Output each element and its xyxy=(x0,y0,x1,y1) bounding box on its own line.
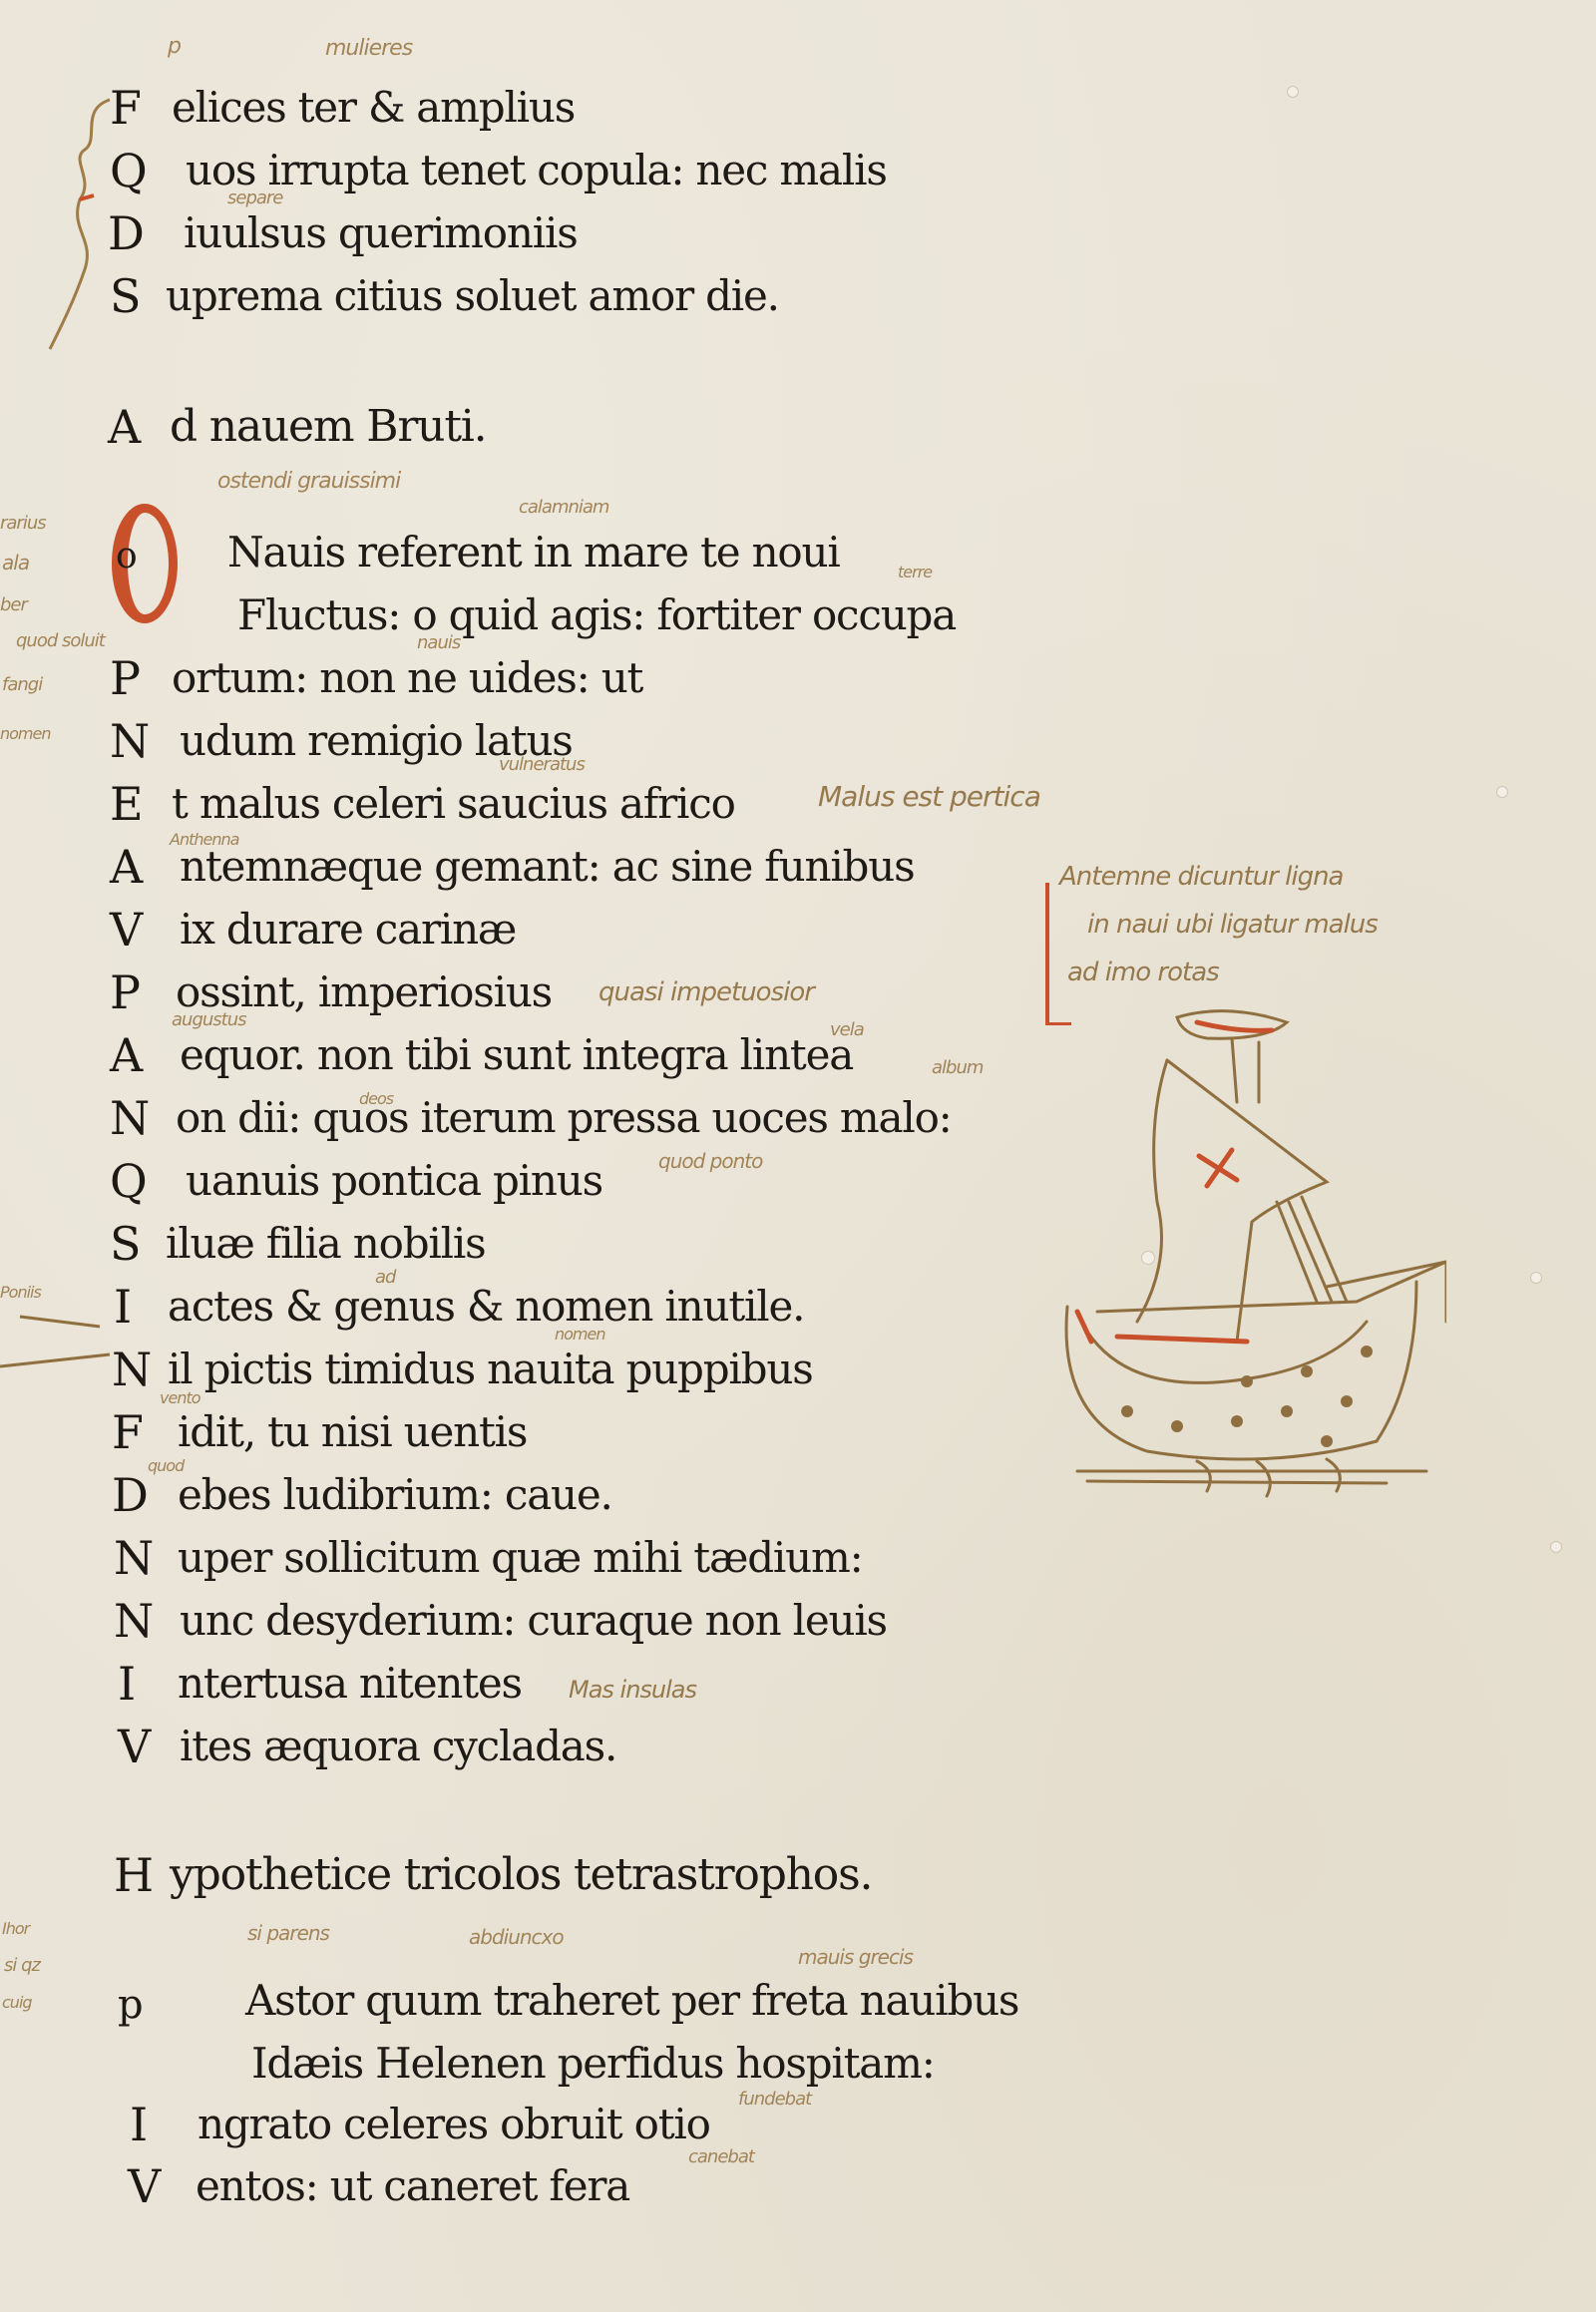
annotation: Ihor xyxy=(2,1919,29,1938)
line-text: ix durare carinæ xyxy=(180,900,516,960)
line-initial: S xyxy=(110,1214,142,1274)
title-initial: A xyxy=(108,397,141,457)
annotation: terre xyxy=(898,563,932,581)
annotation: Anthenna xyxy=(170,830,238,849)
paper-hole xyxy=(1496,786,1508,798)
annotation: rarius xyxy=(0,513,46,534)
line-initial: E xyxy=(110,774,144,834)
book-page: F elices ter & amplius Q uos irrupta ten… xyxy=(0,0,1596,2312)
annotation: fundebat xyxy=(738,2089,811,2110)
line-initial: A xyxy=(110,1025,143,1085)
annotation: calamniam xyxy=(519,497,608,518)
annotation: ad xyxy=(375,1267,395,1288)
line-text: ntertusa nitentes xyxy=(178,1654,522,1714)
line-text: uprema citius soluet amor die. xyxy=(166,266,779,326)
line-initial: V xyxy=(128,2156,161,2216)
annotation: quod soluit xyxy=(16,630,105,651)
annotation: p xyxy=(168,34,181,59)
line-initial: P xyxy=(110,648,141,708)
line-initial: V xyxy=(118,1717,151,1776)
line-text: equor. non tibi sunt integra lintea xyxy=(180,1025,853,1085)
guide-letter: p xyxy=(118,1975,144,2035)
line-text: Idæis Helenen perfidus hospitam: xyxy=(251,2034,935,2094)
line-text: ortum: non ne uides: ut xyxy=(172,648,642,708)
line-initial: I xyxy=(118,1654,136,1714)
line-text: uanuis pontica pinus xyxy=(186,1151,602,1211)
annotation: deos xyxy=(359,1089,393,1108)
line-initial: D xyxy=(112,1465,149,1525)
line-text: elices ter & amplius xyxy=(172,78,575,138)
line-text: idit, tu nisi uentis xyxy=(178,1402,527,1462)
line-initial: N xyxy=(114,1591,154,1651)
annotation: Antemne dicuntur ligna xyxy=(1059,862,1344,892)
annotation: si qz xyxy=(4,1955,40,1976)
line-text: Astor quum traheret per freta nauibus xyxy=(245,1971,1018,2031)
line-initial: V xyxy=(110,900,143,960)
line-text: entos: ut caneret fera xyxy=(196,2156,629,2216)
line-text: unc desyderium: curaque non leuis xyxy=(180,1591,887,1651)
annotation: album xyxy=(932,1057,983,1078)
annotation: ad imo rotas xyxy=(1067,958,1219,987)
line-text: on dii: quos iterum pressa uoces malo: xyxy=(176,1088,952,1148)
annotation: quod ponto xyxy=(658,1149,762,1173)
annotation: abdiuncxo xyxy=(469,1925,564,1949)
line-text: iluæ filia nobilis xyxy=(166,1214,485,1274)
annotation: vela xyxy=(830,1019,864,1040)
line-initial: I xyxy=(130,2095,148,2154)
paper-hole xyxy=(1141,1251,1155,1265)
line-text: uos irrupta tenet copula: nec malis xyxy=(186,141,887,200)
guide-letter: o xyxy=(116,527,138,586)
ship-drawing-icon xyxy=(1027,1002,1446,1501)
annotation: separe xyxy=(227,188,282,208)
line-text: ites æquora cycladas. xyxy=(180,1717,616,1776)
annotation: cuig xyxy=(2,1993,32,2012)
line-text: ebes ludibrium: caue. xyxy=(178,1465,612,1525)
annotation: nomen xyxy=(555,1325,605,1344)
line-initial: P xyxy=(110,963,141,1022)
annotation: nomen xyxy=(0,724,51,743)
title-text: d nauem Bruti. xyxy=(170,397,486,457)
line-text: ntemnæque gemant: ac sine funibus xyxy=(180,837,914,897)
line-text: ngrato celeres obruit otio xyxy=(198,2095,710,2154)
annotation: si parens xyxy=(247,1921,329,1945)
paper-hole xyxy=(1287,86,1299,98)
line-initial: N xyxy=(114,1528,154,1588)
annotation: vulneratus xyxy=(499,754,585,775)
annotation: Mas insulas xyxy=(569,1676,696,1704)
annotation: ber xyxy=(0,594,27,615)
line-initial: N xyxy=(110,1088,150,1148)
line-initial: N xyxy=(110,711,150,771)
annotation: quod xyxy=(148,1456,184,1475)
annotation: vento xyxy=(160,1388,200,1407)
annotation: ala xyxy=(2,551,29,575)
annotation: quasi impetuosior xyxy=(598,977,814,1007)
title-initial: H xyxy=(114,1845,154,1905)
annotation: fangi xyxy=(2,674,42,695)
title-text: ypothetice tricolos tetrastrophos. xyxy=(170,1845,872,1905)
line-text: actes & genus & nomen inutile. xyxy=(168,1277,804,1337)
line-initial: A xyxy=(110,837,143,897)
line-initial: Q xyxy=(110,1151,148,1211)
line-text: iuulsus querimoniis xyxy=(184,203,578,263)
line-text: t malus celeri saucius africo xyxy=(172,774,735,834)
brace-stroke-icon xyxy=(40,80,120,359)
annotation: in naui ubi ligatur malus xyxy=(1087,910,1378,940)
paper-hole xyxy=(1530,1272,1542,1284)
annotation: augustus xyxy=(172,1009,246,1030)
annotation: Malus est pertica xyxy=(818,780,1040,813)
pointer-stroke-icon xyxy=(0,1297,120,1416)
annotation: canebat xyxy=(688,2146,754,2167)
line-text: uper sollicitum quæ mihi tædium: xyxy=(178,1528,863,1588)
paper-hole xyxy=(1550,1541,1562,1553)
line-text: il pictis timidus nauita puppibus xyxy=(168,1340,813,1399)
annotation: mulieres xyxy=(325,36,412,61)
annotation: ostendi grauissimi xyxy=(217,469,400,494)
annotation: mauis grecis xyxy=(798,1945,913,1969)
line-text: Fluctus: o quid agis: fortiter occupa xyxy=(237,585,956,645)
line-text: Nauis referent in mare te noui xyxy=(227,523,840,582)
annotation: nauis xyxy=(417,632,460,653)
